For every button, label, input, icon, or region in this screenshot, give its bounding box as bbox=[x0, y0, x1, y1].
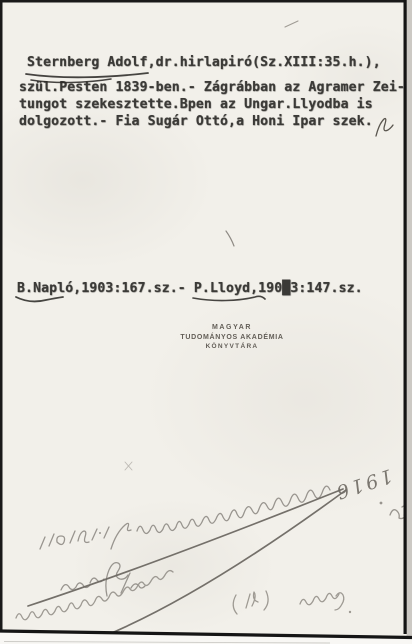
entry-body-line-3: dolgozott.- Fia Sugár Ottó,a Honi Ipar s… bbox=[19, 114, 373, 129]
library-stamp-line-3: KÖNYVTÁRA bbox=[152, 344, 312, 351]
references-line: B.Napló,1903:167.sz.- P.Lloyd,190█3:147.… bbox=[17, 281, 363, 296]
library-stamp: MAGYAR TUDOMÁNYOS AKADÉMIA KÖNYVTÁRA bbox=[152, 324, 312, 351]
catalog-card-scan: Sternberg Adolf,dr.hirlapiró(Sz.XIII:35.… bbox=[0, 0, 412, 644]
entry-body-line-2: tungot szekesztette.Bpen az Ungar.Llyodb… bbox=[19, 97, 373, 112]
library-stamp-line-2: TUDOMÁNYOS AKADÉMIA bbox=[152, 334, 312, 341]
entry-heading: Sternberg Adolf,dr.hirlapiró(Sz.XIII:35.… bbox=[27, 55, 381, 70]
entry-body-line-1: szül.Pesten 1839-ben.- Zágrábban az Agra… bbox=[19, 80, 405, 95]
library-stamp-line-1: MAGYAR bbox=[152, 324, 312, 331]
